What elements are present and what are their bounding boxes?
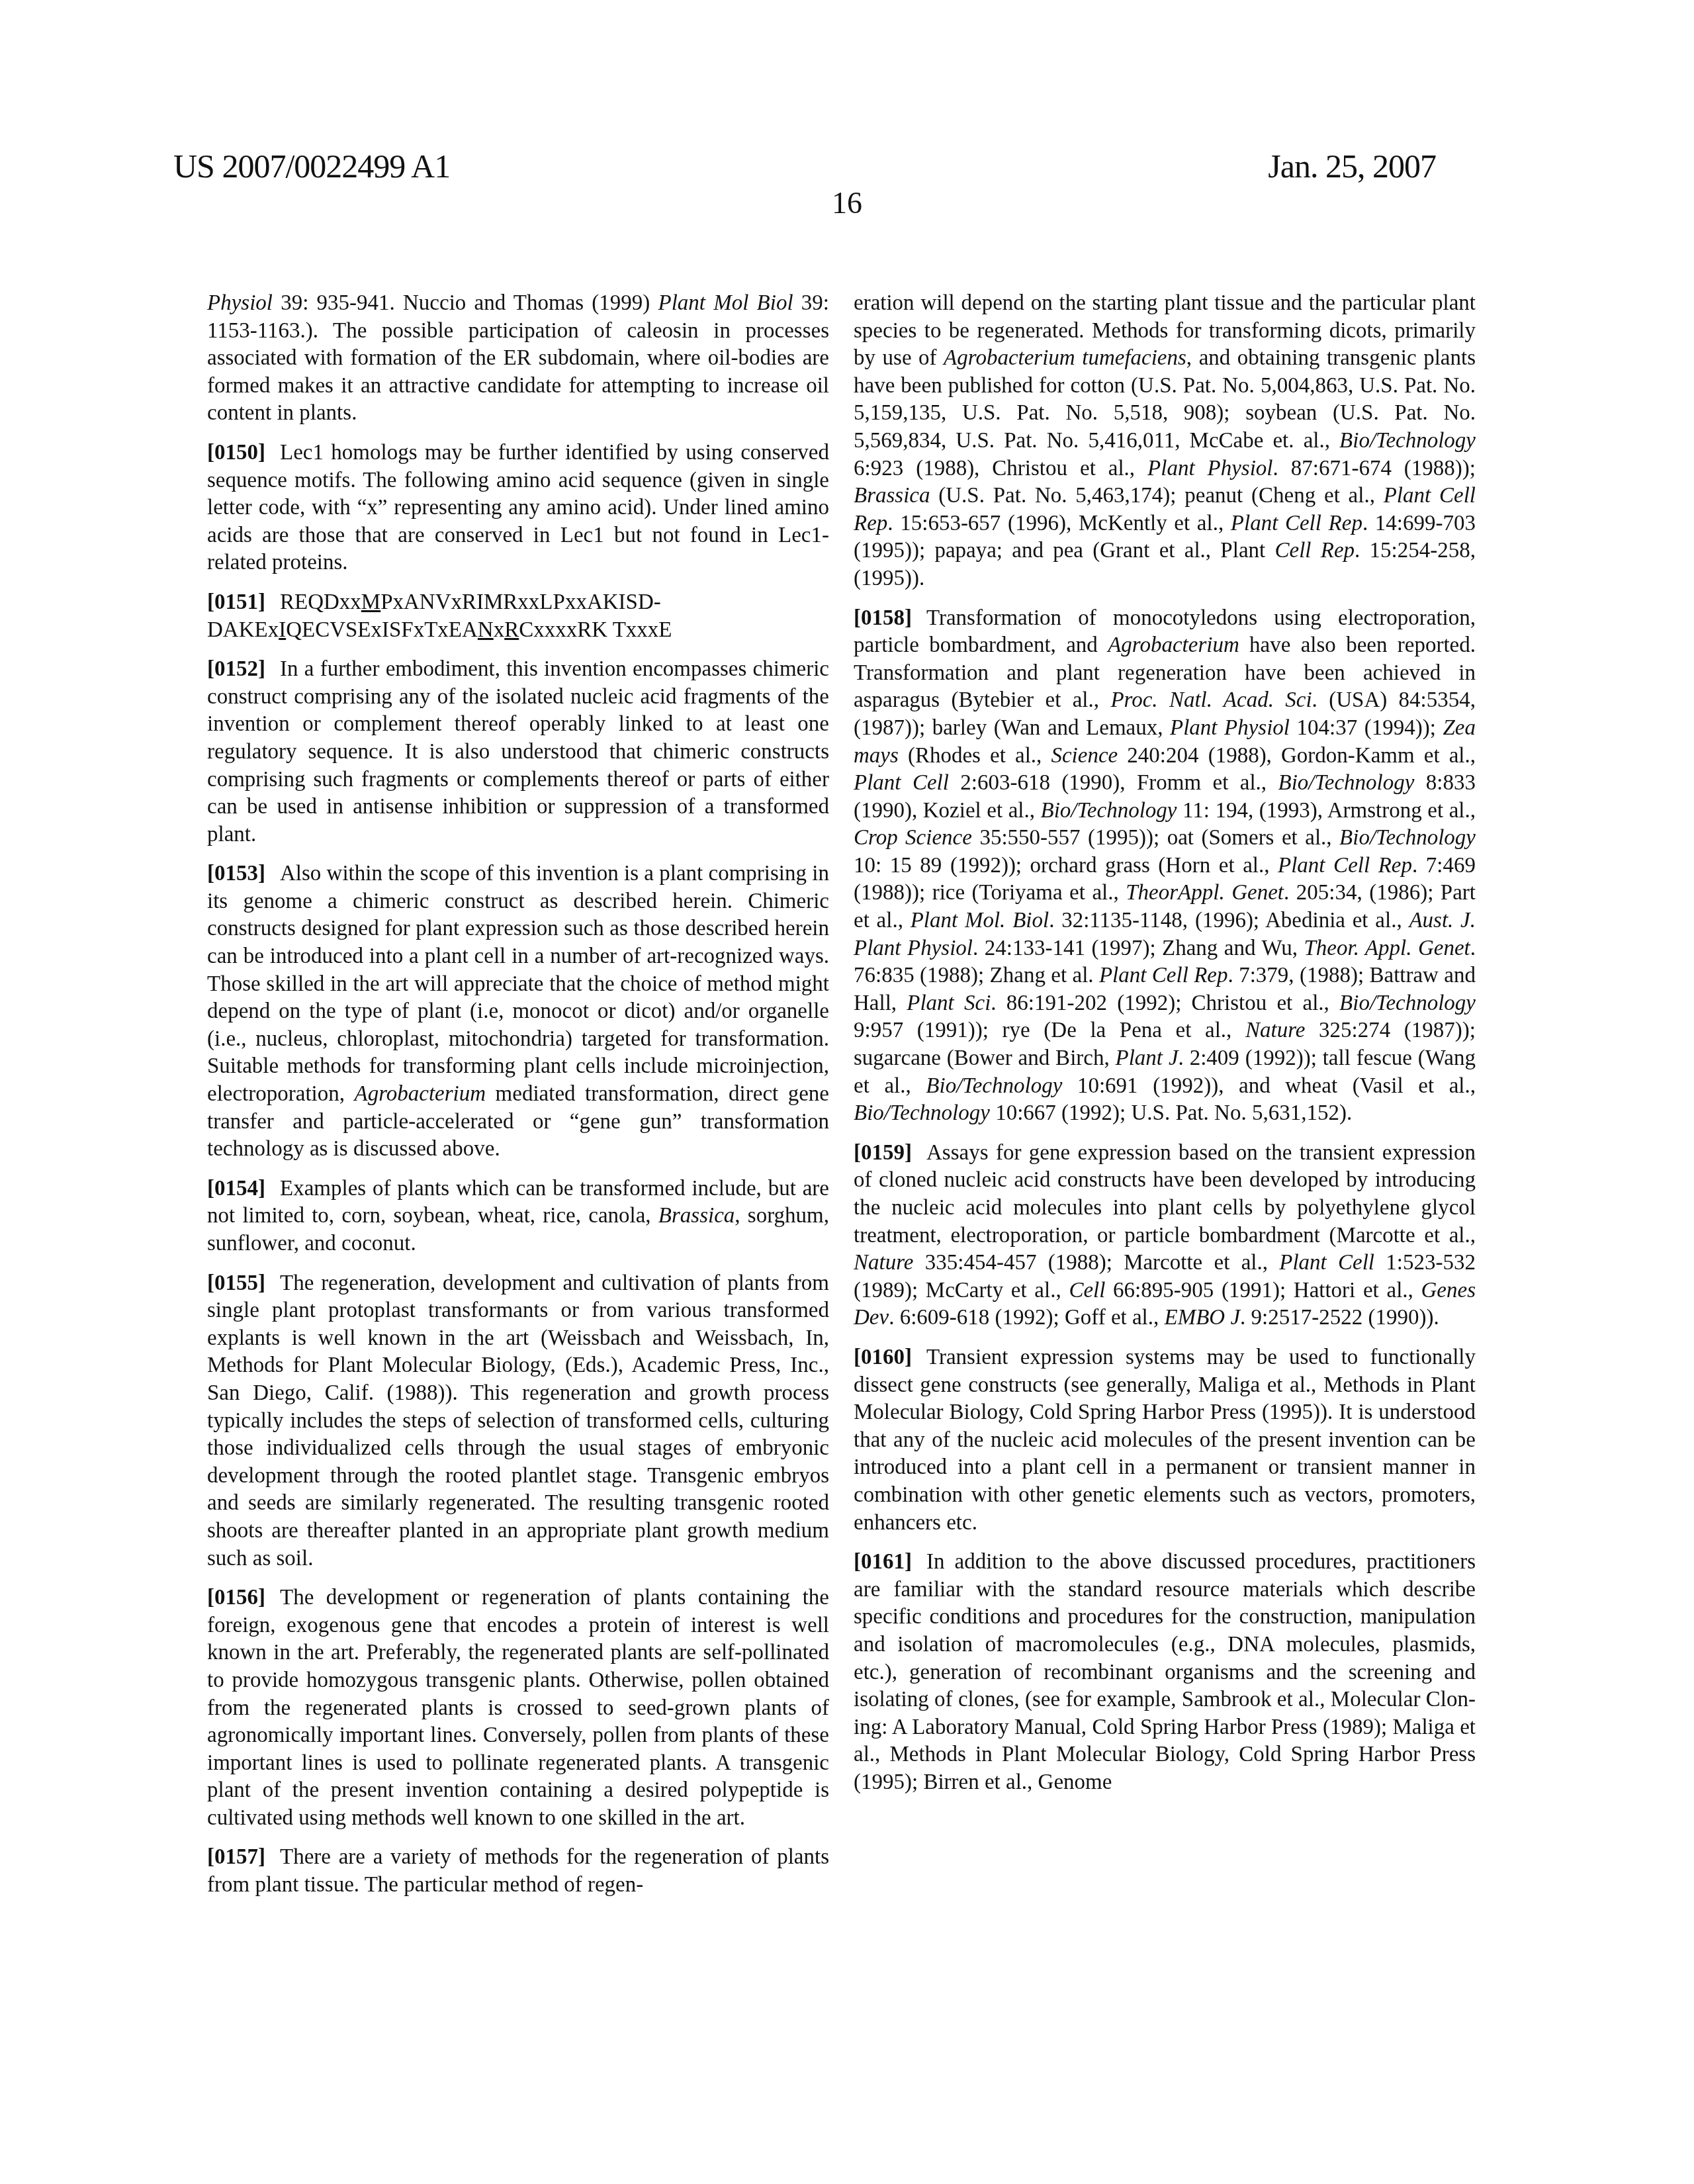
italic-citation: Physiol xyxy=(207,291,273,315)
text-run: Lec1 homologs may be further identified … xyxy=(207,441,829,574)
paragraph-number: [0157] xyxy=(207,1845,265,1869)
italic-citation: Plant Mol Biol xyxy=(658,291,793,315)
conserved-residue: I xyxy=(279,618,286,642)
text-run: 9:957 (1991)); rye (De la Pena et al., xyxy=(854,1019,1245,1042)
paragraph-0150: [0150]Lec1 homologs may be further ident… xyxy=(207,439,829,577)
italic-citation: Brassica xyxy=(658,1204,735,1228)
text-run: 66:895-905 (1991); Hattori et al., xyxy=(1105,1279,1421,1302)
italic-citation: TheorAppl. Genet xyxy=(1126,881,1284,905)
continued-paragraph: Physiol 39: 935-941. Nuccio and Thomas (… xyxy=(207,290,829,428)
italic-citation: Theor. Appl. Genet xyxy=(1304,936,1470,960)
text-run: The development or regeneration of plant… xyxy=(207,1586,829,1830)
right-column: eration will depend on the starting plan… xyxy=(854,290,1476,1808)
italic-citation: Bio/Technology xyxy=(926,1074,1062,1098)
italic-citation: Plant Sci xyxy=(907,991,991,1015)
text-run: x xyxy=(494,618,505,642)
text-run: (Rhodes et al., xyxy=(899,744,1051,768)
italic-citation: Agrobacterium xyxy=(1108,633,1239,657)
italic-citation: Bio/Technology xyxy=(1278,771,1414,795)
publication-date: Jan. 25, 2007 xyxy=(1268,147,1436,185)
italic-citation: Plant Cell Rep xyxy=(1278,854,1412,878)
text-run: The regeneration, development and cultiv… xyxy=(207,1271,829,1570)
italic-citation: Plant Cell xyxy=(854,771,949,795)
italic-citation: Plant Mol. Biol xyxy=(911,909,1049,933)
continued-paragraph: eration will depend on the starting plan… xyxy=(854,290,1476,593)
text-run: . 32:1135-1148, (1996); Abedinia et al., xyxy=(1049,909,1409,933)
text-run: . 9:2517-2522 (1990)). xyxy=(1240,1306,1439,1330)
italic-citation: Plant Physiol xyxy=(1147,457,1272,480)
text-run: 2:603-618 (1990), Fromm et al., xyxy=(949,771,1278,795)
text-run: . 24:133-141 (1997); Zhang and Wu, xyxy=(973,936,1304,960)
italic-citation: Agrobacterium xyxy=(355,1082,486,1106)
paragraph-0161: [0161]In addition to the above discussed… xyxy=(854,1549,1476,1796)
italic-citation: Plant Cell Rep xyxy=(1099,964,1228,987)
paragraph-number: [0158] xyxy=(854,606,912,630)
page-number: 16 xyxy=(0,185,1694,220)
italic-citation: Agrobacterium tumefaciens xyxy=(944,346,1186,370)
italic-citation: Nature xyxy=(854,1251,913,1275)
conserved-residue: R xyxy=(504,618,519,642)
text-run: In a further embodiment, this invention … xyxy=(207,657,829,846)
italic-citation: Bio/Technology xyxy=(1041,799,1177,823)
paragraph-0151: [0151]REQDxxMPxANVxRIMRxxLPxxAKISD-DAKEx… xyxy=(207,589,829,644)
paragraph-number: [0150] xyxy=(207,441,265,465)
paragraph-number: [0153] xyxy=(207,862,265,886)
paragraph-0158: [0158]Transformation of monocotyledons u… xyxy=(854,605,1476,1128)
italic-citation: Science xyxy=(1051,744,1118,768)
text-run: . 15:653-657 (1996), McKently et al., xyxy=(887,512,1231,535)
italic-citation: Brassica xyxy=(854,484,930,508)
text-run: REQDxx xyxy=(280,590,361,614)
italic-citation: Bio/Technology xyxy=(1339,429,1476,453)
text-run: 39: 935-941. Nuccio and Thomas (1999) xyxy=(273,291,658,315)
paragraph-number: [0154] xyxy=(207,1177,265,1201)
italic-citation: Crop Science xyxy=(854,826,972,850)
text-run: 10:691 (1992)), and wheat (Vasil et al., xyxy=(1062,1074,1476,1098)
text-run: (U.S. Pat. No. 5,463,174); peanut (Cheng… xyxy=(930,484,1384,508)
italic-citation: Plant Physiol xyxy=(1170,716,1290,740)
paragraph-0155: [0155]The regeneration, development and … xyxy=(207,1270,829,1573)
paragraph-number: [0155] xyxy=(207,1271,265,1295)
paragraph-number: [0151] xyxy=(207,590,265,614)
italic-citation: EMBO J xyxy=(1165,1306,1241,1330)
text-run: 11: 194, (1993), Arm­strong et al., xyxy=(1177,799,1476,823)
paragraph-number: [0159] xyxy=(854,1141,912,1165)
text-run: 104:37 (1994)); xyxy=(1290,716,1443,740)
text-run: 6:923 (1988), Christou et al., xyxy=(854,457,1147,480)
text-run: 10: 15 89 (1992)); orchard grass (Horn e… xyxy=(854,854,1278,878)
conserved-residue: M xyxy=(361,590,380,614)
italic-citation: Proc. Natl. Acad. Sci xyxy=(1110,688,1312,712)
publication-number: US 2007/0022499 A1 xyxy=(173,147,450,185)
text-run: There are a variety of methods for the r… xyxy=(207,1845,829,1897)
text-run: In addition to the above discussed proce… xyxy=(854,1550,1476,1794)
text-run: 335:454-457 (1988); Marcotte et al., xyxy=(913,1251,1279,1275)
paragraph-number: [0161] xyxy=(854,1550,912,1574)
text-run: Assays for gene expression based on the … xyxy=(854,1141,1476,1248)
text-run: QECVSExISFxTxEA xyxy=(286,618,478,642)
paragraph-number: [0152] xyxy=(207,657,265,681)
italic-citation: Bio/Technology xyxy=(1339,826,1476,850)
text-run: . 6:609-618 (1992); Goff et al., xyxy=(889,1306,1164,1330)
italic-citation: Plant Cell xyxy=(1279,1251,1374,1275)
italic-citation: Cell Rep xyxy=(1274,539,1355,563)
paragraph-0156: [0156]The development or regeneration of… xyxy=(207,1584,829,1832)
text-run: . 86:191-202 (1992); Christou et al., xyxy=(991,991,1339,1015)
italic-citation: Plant Cell Rep xyxy=(1231,512,1362,535)
paragraph-number: [0160] xyxy=(854,1345,912,1369)
paragraph-0160: [0160]Transient expression systems may b… xyxy=(854,1344,1476,1537)
paragraph-number: [0156] xyxy=(207,1586,265,1610)
paragraph-0157: [0157]There are a variety of methods for… xyxy=(207,1844,829,1899)
left-column: Physiol 39: 935-941. Nuccio and Thomas (… xyxy=(207,290,829,1911)
text-run: Also within the scope of this invention … xyxy=(207,862,829,1106)
paragraph-0159: [0159]Assays for gene expression based o… xyxy=(854,1140,1476,1332)
italic-citation: Cell xyxy=(1069,1279,1105,1302)
text-run: 240:204 (1988), Gordon-Kamm et al., xyxy=(1118,744,1476,768)
paragraph-0153: [0153]Also within the scope of this inve… xyxy=(207,860,829,1163)
paragraph-0154: [0154]Examples of plants which can be tr… xyxy=(207,1175,829,1258)
italic-citation: Plant J xyxy=(1116,1046,1179,1070)
italic-citation: Bio/Technology xyxy=(1339,991,1476,1015)
italic-citation: Bio/Technology xyxy=(854,1101,990,1125)
italic-citation: Nature xyxy=(1245,1019,1305,1042)
text-run: 10:667 (1992); U.S. Pat. No. 5,631,152). xyxy=(990,1101,1352,1125)
paragraph-0152: [0152]In a further embodiment, this inve… xyxy=(207,656,829,848)
text-run: 35:550-557 (1995)); oat (Somers et al., xyxy=(972,826,1339,850)
text-run: Transient expression systems may be used… xyxy=(854,1345,1476,1535)
text-run: CxxxxRK TxxxE xyxy=(519,618,672,642)
text-run: . 87:671-674 (1988)); xyxy=(1273,457,1476,480)
conserved-residue: N xyxy=(478,618,494,642)
